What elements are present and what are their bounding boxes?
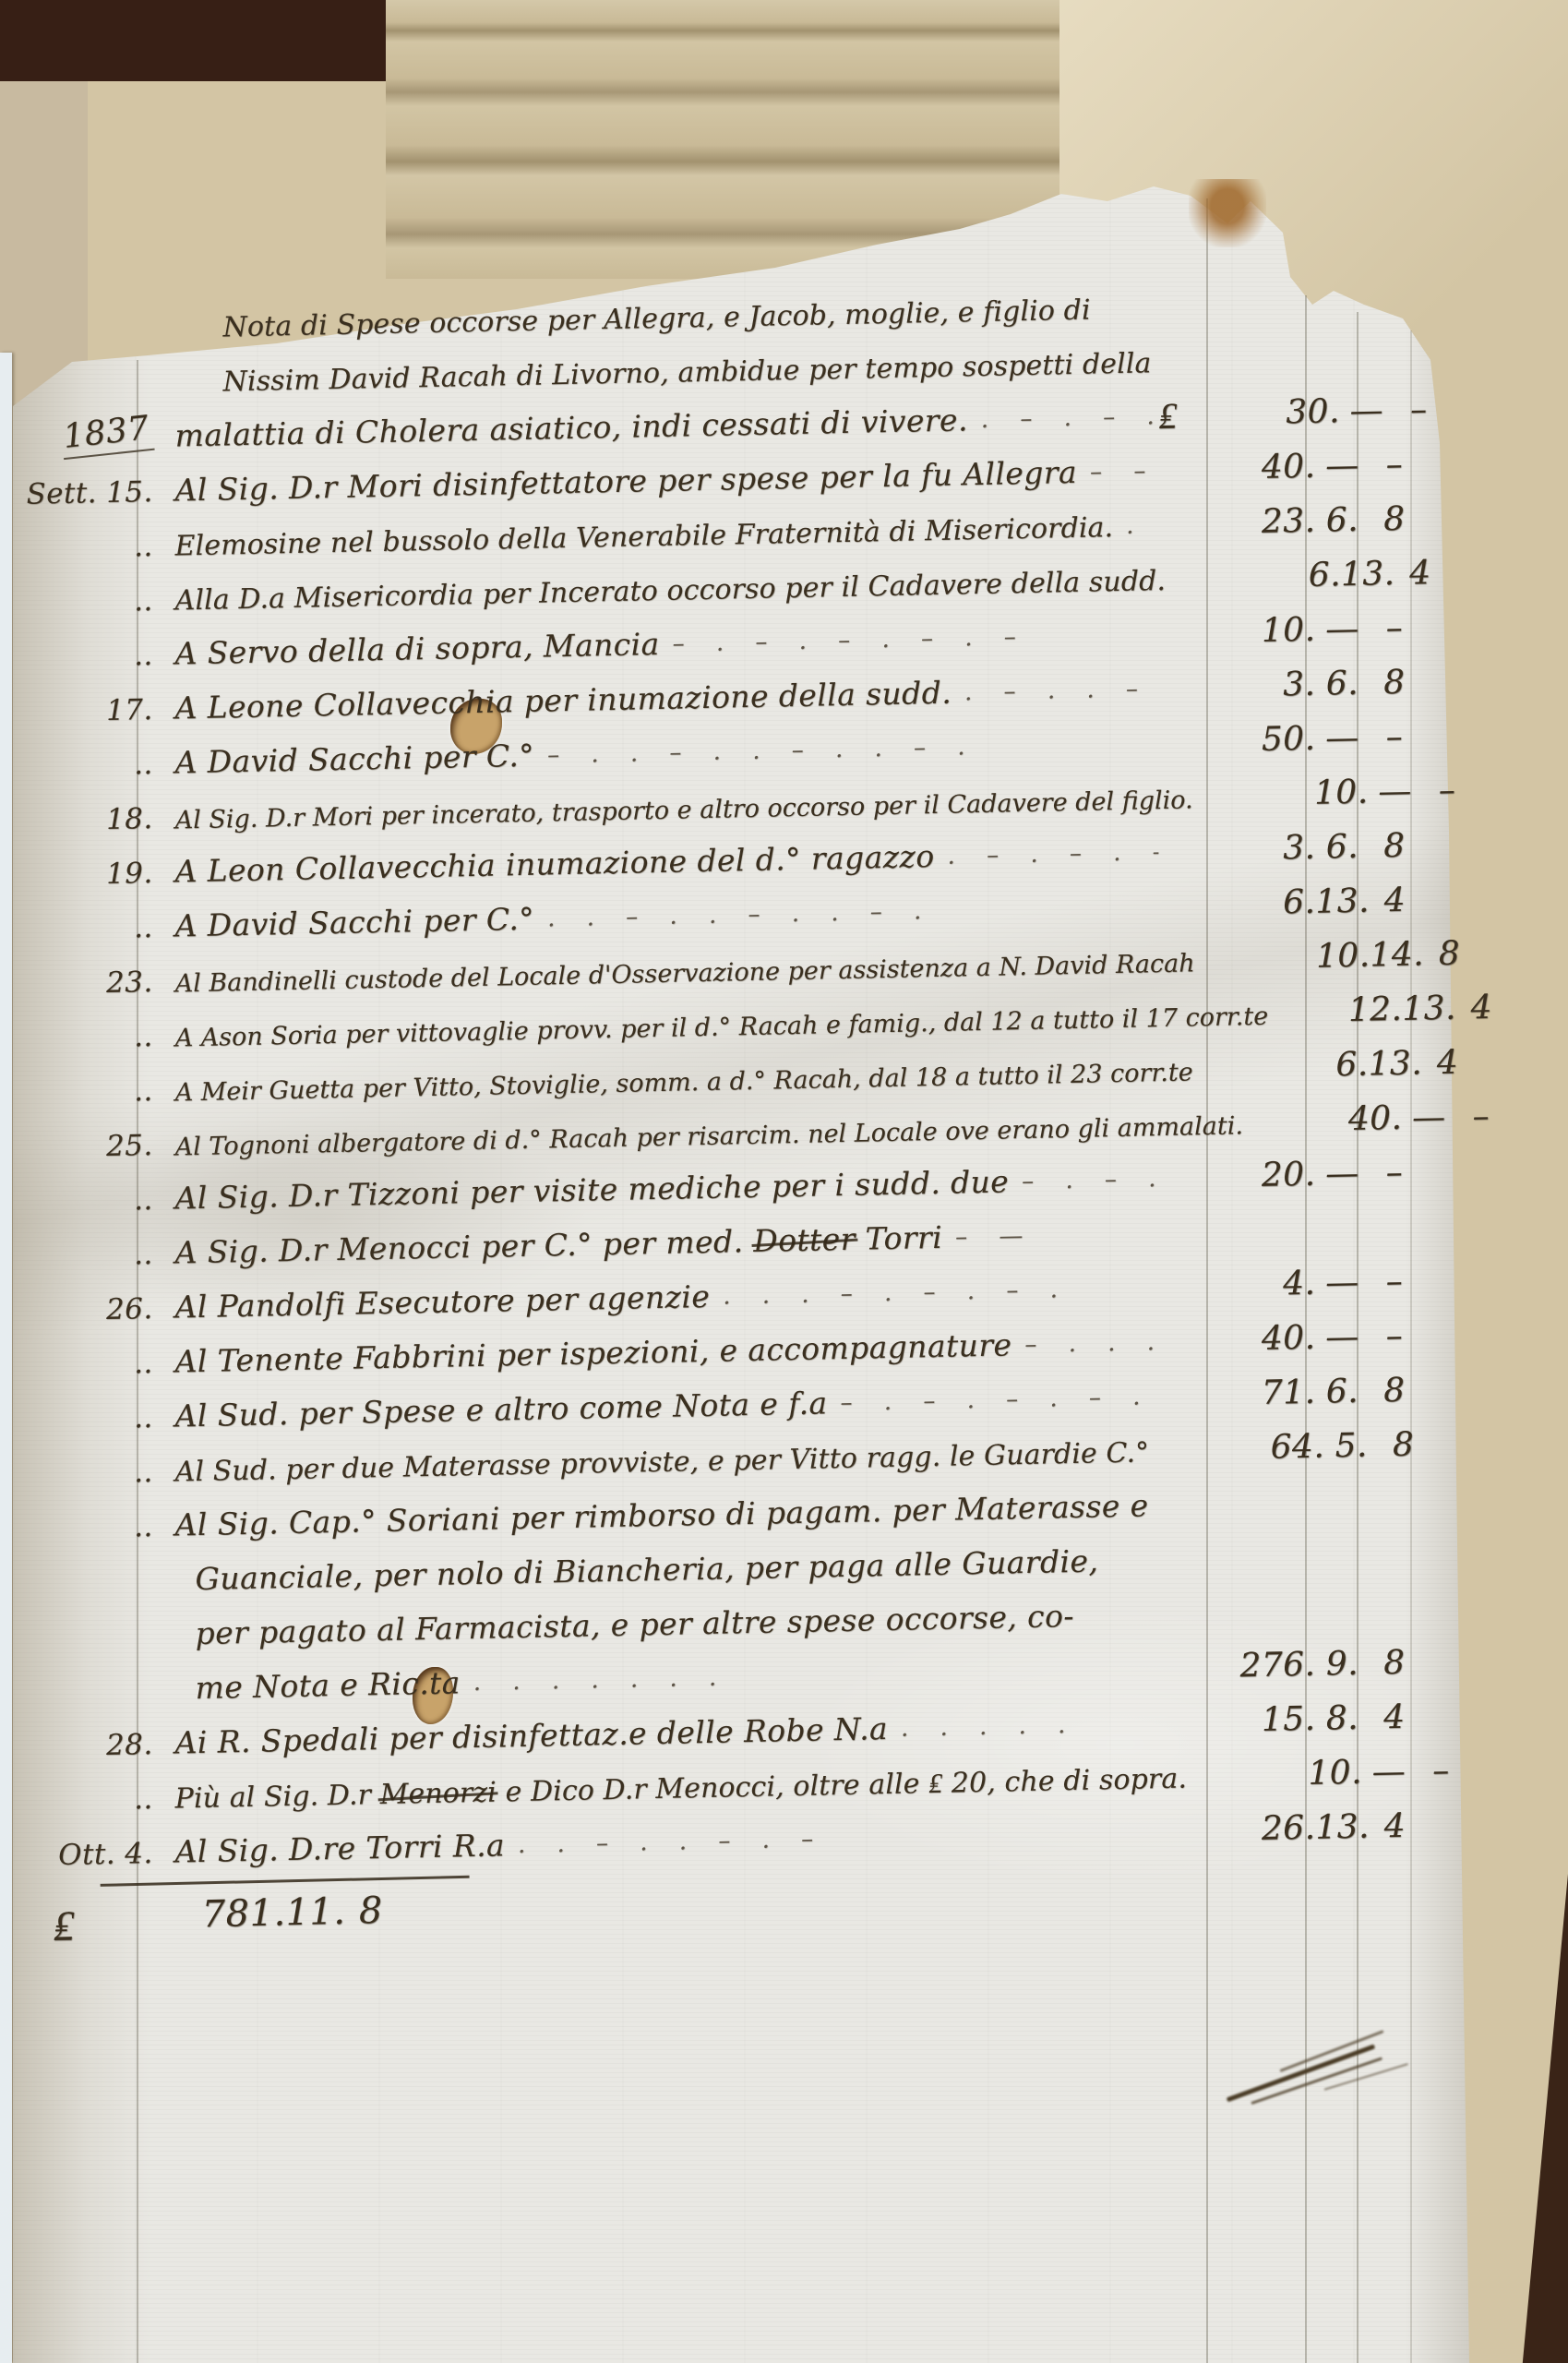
total-block: ₤ 781. 11. 8: [15, 1852, 1454, 1940]
amount-soldi: 9.: [1315, 1645, 1370, 1684]
amount-lire: 10.: [1158, 611, 1316, 652]
amount-soldi: —: [1368, 772, 1422, 810]
amount-denari: –: [1369, 717, 1420, 756]
entry-date: ..: [14, 1347, 166, 1383]
table-dark-corner: [0, 0, 400, 81]
amount-denari: 8: [1369, 499, 1420, 538]
amount-lire: 276.: [1158, 1646, 1316, 1686]
amount-denari: –: [1369, 1262, 1420, 1301]
amount-lire: 50.: [1158, 720, 1316, 761]
photo-backdrop: { "palette":{ "backdrop":"#38231a","fold…: [0, 0, 1568, 2363]
entry-amount: 4.—–: [1158, 1262, 1454, 1305]
entry-amount: 40.—–: [1158, 445, 1454, 488]
amount-denari: –: [1421, 771, 1473, 810]
amount-denari: 8: [1369, 663, 1420, 702]
amount-denari: 8: [1378, 1425, 1430, 1464]
amount-lire: 10.: [1213, 937, 1371, 978]
entry-date: ..: [14, 1238, 166, 1274]
amount-soldi: —: [1402, 1098, 1456, 1137]
amount-lire: 40.: [1158, 1319, 1316, 1360]
amount-soldi: 13.: [1340, 555, 1394, 594]
amount-soldi: 6.: [1315, 501, 1370, 540]
total-lire: 781.: [101, 1891, 286, 1938]
amount-lire: 3.: [1158, 666, 1316, 706]
entry-date: 23.: [14, 966, 166, 1002]
edge-stain: [1189, 179, 1266, 247]
entry-date: 18.: [14, 802, 166, 838]
amount-soldi: 6.: [1315, 1373, 1370, 1411]
dotted-leader: – . – . –: [1009, 1165, 1159, 1199]
amount-lire: 3.: [1158, 829, 1316, 870]
entry-amount: 6.13.4: [1184, 553, 1480, 596]
entry-amount: 10.—–: [1211, 771, 1507, 814]
amount-lire: 64.: [1167, 1428, 1325, 1469]
amount-lire: 20.: [1158, 1156, 1316, 1196]
dotted-leader: . – . . – . .: [952, 675, 1159, 710]
amount-denari: 4: [1394, 554, 1446, 593]
entry-date: ..: [14, 1074, 166, 1110]
entry-amount: 15.8.4: [1158, 1697, 1454, 1741]
entry-amount: 12.13.4: [1245, 988, 1541, 1031]
amount-denari: 4: [1369, 1697, 1420, 1736]
entry-date: 28.: [14, 1728, 166, 1764]
lira-sign: ₤: [1158, 394, 1178, 438]
amount-lire: 12.: [1245, 990, 1403, 1031]
amount-denari: –: [1369, 445, 1420, 484]
dotted-leader: . – . – . – . –: [967, 402, 1158, 438]
entry-amount: 71.6.8: [1158, 1371, 1454, 1414]
amount-denari: –: [1455, 1098, 1507, 1136]
amount-denari: –: [1369, 1316, 1420, 1355]
amount-soldi: —: [1339, 391, 1394, 430]
entry-amount: 3.6.8: [1158, 663, 1454, 706]
amount-lire: 15.: [1158, 1700, 1316, 1741]
dotted-leader: – . . .: [1011, 1328, 1159, 1362]
amount-lire: 10.: [1204, 1754, 1362, 1794]
amount-lire: 6.: [1184, 556, 1342, 596]
amount-denari: –: [1369, 1153, 1420, 1192]
dotted-leader: . – . – . – . –: [934, 838, 1159, 874]
amount-lire: 6.: [1158, 883, 1316, 924]
amount-denari: 4: [1422, 1043, 1474, 1082]
amount-soldi: —: [1361, 1753, 1416, 1792]
entry-amount: ₤30.—–: [1158, 385, 1454, 434]
entry-date: ..: [14, 1401, 166, 1437]
amount-denari: 8: [1369, 1371, 1420, 1409]
amount-denari: 8: [1369, 826, 1420, 865]
year-label: 1837: [59, 409, 154, 460]
amount-soldi: —: [1315, 610, 1370, 649]
entry-amount: 6.13.4: [1158, 881, 1454, 924]
amount-denari: 4: [1369, 881, 1420, 919]
dotted-leader: . .: [1113, 511, 1159, 544]
amount-soldi: —: [1315, 719, 1370, 758]
entry-date: ..: [14, 1183, 166, 1219]
amount-denari: 8: [1369, 1643, 1420, 1682]
total-denari: 8: [345, 1889, 397, 1933]
amount-soldi: 13.: [1402, 990, 1456, 1028]
entry-date: ..: [14, 911, 166, 947]
struck-word: Dotter: [753, 1221, 856, 1259]
entry-amount: 10.14.8: [1213, 934, 1509, 978]
dotted-leader: – – – –: [1077, 457, 1159, 490]
amount-lire: 40.: [1245, 1099, 1403, 1140]
amount-soldi: 8.: [1315, 1699, 1370, 1738]
entry-date: 19.: [14, 857, 166, 893]
amount-soldi: 14.: [1370, 935, 1424, 974]
amount-soldi: —: [1315, 1264, 1370, 1302]
entry-amount: 10.—–: [1204, 1751, 1501, 1794]
amount-denari: 4: [1455, 989, 1507, 1027]
entry-date: 26.: [14, 1292, 166, 1328]
entry-date: ..: [14, 1510, 166, 1546]
entry-amount: 40.—–: [1245, 1097, 1541, 1140]
entry-date: ..: [14, 530, 166, 566]
paper-sliver: [0, 353, 12, 2363]
entry-date: 1837: [14, 413, 166, 457]
entry-amount: 20.—–: [1158, 1153, 1454, 1196]
entry-text: me Nota e Ric.ta: [165, 1664, 461, 1706]
entry-amount: 10.—–: [1158, 608, 1454, 652]
amount-soldi: —: [1315, 1318, 1370, 1357]
entry-amount: 6.13.4: [1211, 1043, 1507, 1086]
entry-date: ..: [14, 639, 166, 675]
entry-amount: 40.—–: [1158, 1316, 1454, 1360]
entry-amount: 50.—–: [1158, 717, 1454, 761]
entry-date: ..: [14, 584, 166, 620]
total-soldi: 11.: [285, 1890, 346, 1934]
entry-date: Sett. 15.: [14, 475, 166, 511]
lira-sign: ₤: [53, 1901, 76, 1951]
entry-date: 25.: [14, 1129, 166, 1165]
ledger-body: Nota di Spese occorse per Allegra, e Jac…: [15, 294, 1454, 1873]
amount-lire: 10.: [1211, 774, 1369, 814]
entry-date: ..: [14, 748, 166, 784]
entry-amount: 64.5.8: [1167, 1425, 1464, 1469]
amount-lire: 4.: [1158, 1265, 1316, 1305]
amount-soldi: 13.: [1315, 882, 1370, 921]
amount-soldi: 13.: [1368, 1044, 1422, 1083]
amount-lire: 40.: [1158, 448, 1316, 488]
entry-date: ..: [14, 1456, 166, 1492]
amount-denari: 8: [1423, 934, 1475, 973]
amount-lire: 6.: [1211, 1046, 1369, 1086]
entry-amount: 3.6.8: [1158, 826, 1454, 870]
amount-soldi: —: [1315, 447, 1370, 486]
amount-denari: –: [1393, 390, 1444, 429]
entry-date: 17.: [14, 693, 166, 729]
total-amount: ₤ 781. 11. 8: [101, 1876, 471, 1938]
amount-lire: 71.: [1158, 1373, 1316, 1414]
entry-date: ..: [14, 1782, 166, 1818]
entry-amount: 276.9.8: [1158, 1643, 1454, 1686]
struck-word: Menorzi: [379, 1777, 497, 1812]
amount-lire: 30.: [1182, 392, 1340, 433]
amount-soldi: 5.: [1324, 1426, 1379, 1465]
entry-date: ..: [14, 1020, 166, 1056]
amount-soldi: 6.: [1315, 665, 1370, 703]
amount-denari: –: [1415, 1751, 1466, 1790]
amount-lire: 23.: [1158, 502, 1316, 543]
amount-soldi: —: [1315, 1155, 1370, 1193]
amount-denari: –: [1369, 608, 1420, 647]
amount-soldi: 6.: [1315, 828, 1370, 867]
entry-amount: 23.6.8: [1158, 499, 1454, 543]
